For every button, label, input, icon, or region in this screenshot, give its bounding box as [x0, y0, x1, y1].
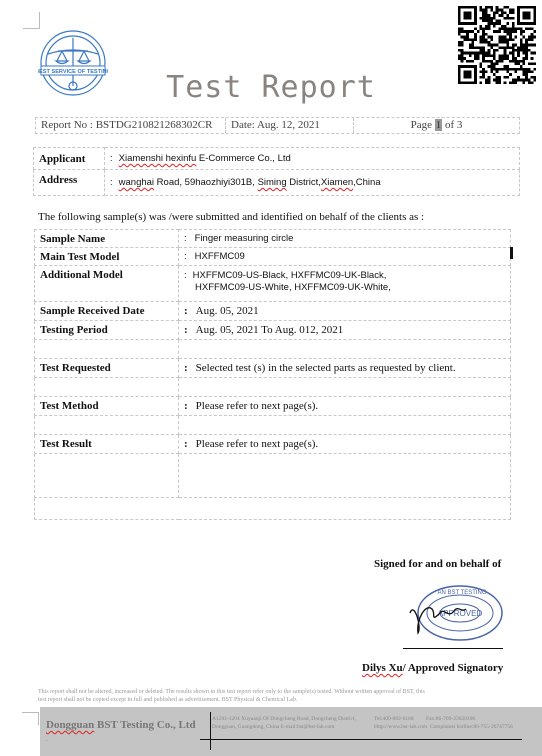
signature-line — [403, 648, 503, 649]
value-text: Selected test (s) in the selected parts … — [196, 362, 456, 374]
signed-for-label: Signed for and on behalf of — [374, 558, 501, 570]
table-row: Test Method :Please refer to next page(s… — [35, 397, 511, 416]
crop-mark-top-left — [23, 12, 40, 29]
main-model-value: :HXFFMC09 — [179, 248, 511, 266]
additional-model-label: Additional Model — [35, 266, 179, 302]
footer-tel: Tel:400-882-6168 — [374, 716, 414, 722]
table-row: Test Requested :Selected test (s) in the… — [35, 359, 511, 378]
footer-web: Http://www.bst-lab.com — [374, 724, 427, 730]
testing-period-label: Testing Period — [35, 321, 179, 340]
main-model-label: Main Test Model — [35, 248, 179, 266]
table-row: Testing Period :Aug. 05, 2021 To Aug. 01… — [35, 321, 511, 340]
test-result-label: Test Result — [35, 435, 179, 454]
spacer-row — [35, 340, 511, 359]
address-line-1: A1201-1204 Xuyuanji Of Dongcheng Road, D… — [212, 715, 356, 723]
test-requested-value: :Selected test (s) in the selected parts… — [179, 359, 511, 378]
text-cursor — [510, 247, 513, 259]
footer-complaint: Complaints hotline:86-755-26747756 — [430, 724, 513, 730]
table-row: Test Result :Please refer to next page(s… — [35, 435, 511, 454]
address-value: :wanghai Road, 59haozhiyi301B, Siming Di… — [105, 170, 520, 196]
disclaimer-line-2: test report shall not be copied except i… — [38, 697, 518, 705]
empty-cell — [35, 454, 179, 498]
page-title: Test Report — [0, 70, 542, 105]
additional-model-value: :HXFFMC09-US-Black, HXFFMC09-UK-Black, H… — [179, 266, 511, 302]
approved-stamp-icon: APPROVED AN BST TESTING — [400, 583, 510, 643]
spacer-row — [35, 416, 511, 435]
footer-company: Dongguan BST Testing Co., Ltd — [46, 719, 196, 731]
sample-name-label: Sample Name — [35, 230, 179, 248]
footer-address: A1201-1204 Xuyuanji Of Dongcheng Road, D… — [212, 715, 356, 731]
svg-text:APPROVED: APPROVED — [438, 609, 483, 618]
signatory-title: / Approved Signatory — [403, 662, 504, 674]
page-suffix: of 3 — [442, 119, 462, 131]
table-row: Main Test Model :HXFFMC09 — [35, 248, 511, 266]
address-label: Address — [34, 170, 105, 196]
intro-text: The following sample(s) was /were submit… — [38, 211, 424, 223]
approved-stamp: APPROVED AN BST TESTING — [400, 583, 510, 643]
received-date-value: :Aug. 05, 2021 — [179, 302, 511, 321]
value-text: HXFFMC09-US-White, HXFFMC09-UK-White, — [195, 282, 391, 293]
testing-period-value: :Aug. 05, 2021 To Aug. 012, 2021 — [179, 321, 511, 340]
empty-cell — [179, 340, 511, 359]
report-number: Report No : BSTDG210821268302CR — [36, 118, 226, 133]
test-method-label: Test Method — [35, 397, 179, 416]
value-text: Please refer to next page(s). — [196, 438, 318, 450]
test-result-value: :Please refer to next page(s). — [179, 435, 511, 454]
address-line-2: Dongguan, Guangdong, China E-mail:bst@bs… — [212, 723, 356, 731]
client-table: Applicant :Xiamenshi hexinfu E-Commerce … — [33, 147, 520, 196]
table-row: Applicant :Xiamenshi hexinfu E-Commerce … — [34, 148, 520, 170]
value-text: Aug. 05, 2021 To Aug. 012, 2021 — [196, 324, 344, 336]
footer-dot: . — [46, 737, 48, 743]
sample-table: Sample Name :Finger measuring circle Mai… — [34, 229, 511, 520]
value-text: HXFFMC09 — [195, 251, 245, 262]
empty-cell — [179, 416, 511, 435]
footer-fax: Fax:86-769-23020106 — [426, 716, 475, 722]
sample-name-value: :Finger measuring circle — [179, 230, 511, 248]
test-method-value: :Please refer to next page(s). — [179, 397, 511, 416]
crop-mark-bottom-left — [22, 712, 39, 725]
table-row: Address :wanghai Road, 59haozhiyi301B, S… — [34, 170, 520, 196]
page-indicator: Page 1 of 3 — [354, 118, 519, 133]
svg-text:AN BST TESTING: AN BST TESTING — [437, 590, 486, 596]
empty-cell — [35, 340, 179, 359]
value-text: Aug. 05, 2021 — [196, 305, 259, 317]
applicant-label: Applicant — [34, 148, 105, 170]
empty-cell — [35, 416, 179, 435]
value-text: HXFFMC09-US-Black, HXFFMC09-UK-Black, — [193, 270, 387, 281]
value-text: Finger measuring circle — [195, 233, 294, 244]
spacer-row — [35, 454, 511, 498]
table-row: Sample Received Date :Aug. 05, 2021 — [35, 302, 511, 321]
contact-line-1: Tel:400-882-6168 Fax:86-769-23020106 — [374, 715, 513, 723]
disclaimer-line-1: This report shall not be altered, increa… — [38, 689, 518, 697]
footer-vertical-rule — [210, 712, 211, 750]
empty-cell — [35, 498, 511, 520]
empty-cell — [179, 378, 511, 397]
test-requested-label: Test Requested — [35, 359, 179, 378]
report-header-strip: Report No : BSTDG210821268302CR Date: Au… — [35, 117, 520, 134]
page-prefix: Page — [411, 119, 435, 131]
empty-cell — [35, 378, 179, 397]
spacer-row — [35, 378, 511, 397]
spacer-row — [35, 498, 511, 520]
received-date-label: Sample Received Date — [35, 302, 179, 321]
table-row: Sample Name :Finger measuring circle — [35, 230, 511, 248]
table-row: Additional Model :HXFFMC09-US-Black, HXF… — [35, 266, 511, 302]
signatory: Dilys Xu/ Approved Signatory — [362, 662, 503, 674]
value-text: Please refer to next page(s). — [196, 400, 318, 412]
footer: Dongguan BST Testing Co., Ltd . A1201-12… — [40, 707, 542, 756]
signatory-name: Dilys Xu — [362, 662, 403, 674]
empty-cell — [179, 454, 511, 498]
report-date: Date: Aug. 12, 2021 — [226, 118, 354, 133]
contact-line-2: Http://www.bst-lab.com Complaints hotlin… — [374, 723, 513, 731]
footer-contact: Tel:400-882-6168 Fax:86-769-23020106 Htt… — [374, 715, 513, 731]
disclaimer: This report shall not be altered, increa… — [38, 689, 518, 704]
applicant-value: :Xiamenshi hexinfu E-Commerce Co., Ltd — [105, 148, 520, 170]
footer-horizontal-rule — [200, 739, 522, 740]
